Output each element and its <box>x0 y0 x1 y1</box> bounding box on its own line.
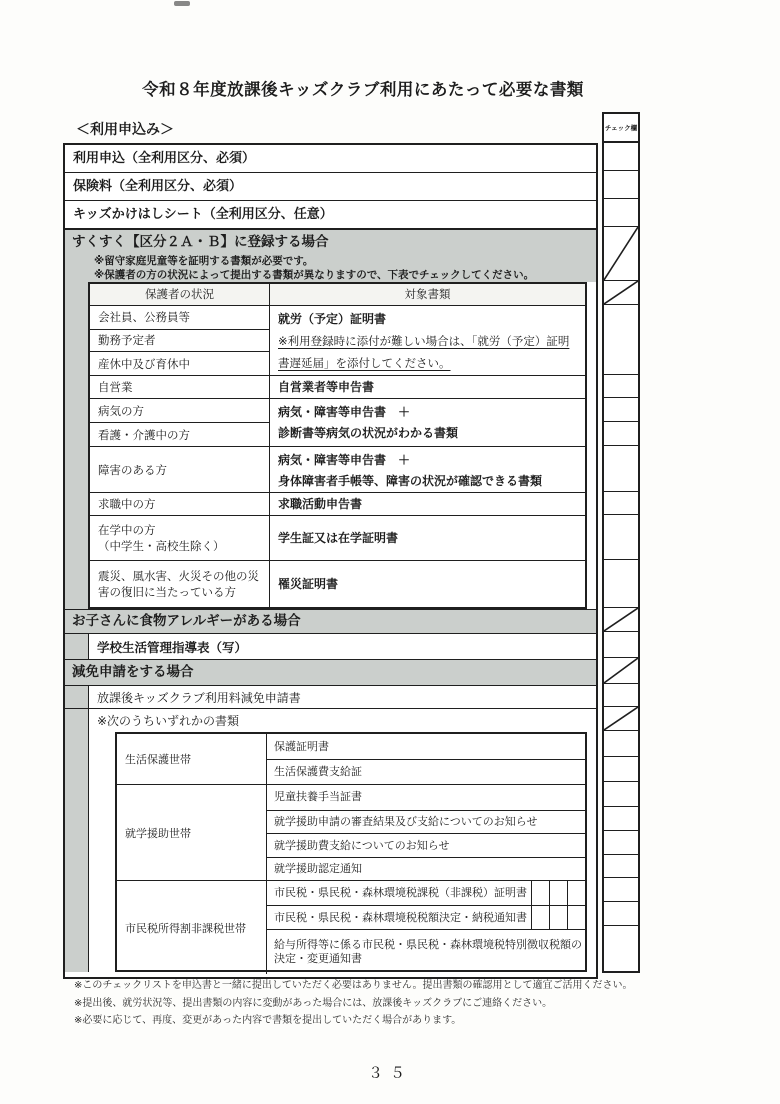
status-cell: 求職中の方 <box>90 493 269 515</box>
check-cell <box>604 492 638 515</box>
document-title: 学生証又は在学証明書 <box>278 528 398 549</box>
document-cell: 求職活動申告書 <box>270 493 585 515</box>
check-cell <box>604 926 638 971</box>
document-cell: 保護証明書 <box>267 734 585 759</box>
table-row: 学校生活管理指導表（写） <box>65 633 596 659</box>
table-row: 放課後キッズクラブ利用料減免申請書 <box>65 685 596 708</box>
check-cell <box>604 757 638 782</box>
document-cell: 就学援助申請の審査結果及び支給についてのお知らせ <box>267 810 585 834</box>
status-cell: 在学中の方 （中学生・高校生除く） <box>90 516 269 560</box>
document-cell: 病気・障害等申告書 ＋ 身体障害者手帳等、障害の状況が確認できる書類 <box>270 447 585 492</box>
check-cell <box>604 446 638 492</box>
household-category: 市民税所得割非課税世帯 <box>117 881 267 974</box>
document-line: 病気・障害等申告書 ＋ <box>278 450 579 471</box>
reduction-table-zone: 生活保護世帯 保護証明書 生活保護費支給証 就学援助世帯 児童扶養手当証書 就学… <box>65 732 596 972</box>
row-label: 保険料（全利用区分、必須） <box>73 179 242 194</box>
document-cell: 市民税・県民税・森林環境税課税（非課税）証明書 <box>267 881 585 905</box>
document-cell: 就学援助認定通知 <box>267 857 585 880</box>
row-label: 学校生活管理指導表（写） <box>88 634 596 659</box>
table-row: キッズかけはしシート（全利用区分、任意） <box>65 201 596 229</box>
section-label: ＜利用申込み＞ <box>76 119 174 139</box>
check-cell <box>604 632 638 658</box>
scanned-document-page: 令和８年度放課後キッズクラブ利用にあたって必要な書類 ＜利用申込み＞ 利用申込（… <box>0 0 780 1104</box>
row-label: 利用申込（全利用区分、必須） <box>73 151 255 166</box>
memo-cell <box>549 881 567 905</box>
document-line: 身体障害者手帳等、障害の状況が確認できる書類 <box>278 471 579 492</box>
status-cell: 震災、風水害、火災その他の災害の復旧に当たっている方 <box>90 561 269 607</box>
status-cell: 会社員、公務員等 <box>90 306 269 329</box>
check-cell <box>604 782 638 807</box>
check-cell <box>604 684 638 707</box>
status-cell: 病気の方 <box>90 399 269 422</box>
scan-artifact <box>174 1 190 6</box>
table-row: 在学中の方 （中学生・高校生除く） 学生証又は在学証明書 <box>90 516 585 561</box>
row-label: キッズかけはしシート（全利用区分、任意） <box>73 207 333 222</box>
memo-cell <box>549 906 567 929</box>
table-row: 市民税所得割非課税世帯 市民税・県民税・森林環境税課税（非課税）証明書 市民税・… <box>117 881 585 974</box>
check-column-header: チェック欄 <box>604 114 638 143</box>
memo-cell <box>531 906 549 929</box>
check-cell <box>604 199 638 227</box>
check-cell <box>604 398 638 422</box>
note-line: ※保護者の方の状況によって提出する書類が異なりますので、下表でチェックしてくださ… <box>94 269 596 283</box>
table-row: 障害のある方 病気・障害等申告書 ＋ 身体障害者手帳等、障害の状況が確認できる書… <box>90 447 585 493</box>
footnote-line: ※提出後、就労状況等、提出書類の内容に変動があった場合には、放課後キッズクラブに… <box>74 995 632 1013</box>
reduction-table: 生活保護世帯 保護証明書 生活保護費支給証 就学援助世帯 児童扶養手当証書 就学… <box>115 732 587 972</box>
note-line: ※留守家庭児童等を証明する書類が必要です。 <box>94 255 596 269</box>
check-cell <box>604 831 638 855</box>
check-cell <box>604 902 638 926</box>
table-row: 震災、風水害、火災その他の災害の復旧に当たっている方 罹災証明書 <box>90 561 585 607</box>
status-cell: 産休中及び育休中 <box>90 351 269 375</box>
slash-icon <box>604 281 638 304</box>
document-cell: 病気・障害等申告書 ＋ 診断書等病気の状況がわかる書類 <box>270 399 585 446</box>
table-row: ※次のうちいずれかの書類 <box>65 708 596 732</box>
section-notes: ※留守家庭児童等を証明する書類が必要です。 ※保護者の方の状況によって提出する書… <box>65 254 596 282</box>
guardian-table-zone: 保護者の状況 対象書類 会社員、公務員等 勤務予定者 産休中及び育休中 就労（予… <box>65 282 596 609</box>
status-cells: 病気の方 看護・介護中の方 <box>90 399 270 446</box>
guardian-table-header: 保護者の状況 対象書類 <box>90 284 585 306</box>
section-header-reduction: 減免申請をする場合 <box>65 659 596 685</box>
document-title: 自営業者等申告書 <box>278 377 374 398</box>
status-cell: 看護・介護中の方 <box>90 422 269 446</box>
check-cell-slashed <box>604 281 638 305</box>
document-cell: 就労（予定）証明書 ※利用登録時に添付が難しい場合は、「就労（予定）証明書遅延届… <box>270 306 585 375</box>
check-cell-slashed <box>604 227 638 281</box>
status-cells: 会社員、公務員等 勤務予定者 産休中及び育休中 <box>90 306 270 375</box>
slash-icon <box>604 707 638 730</box>
household-category: 就学援助世帯 <box>117 785 267 880</box>
document-cell: 児童扶養手当証書 <box>267 785 585 810</box>
gray-indent-strip <box>65 709 88 732</box>
slash-icon <box>604 227 638 280</box>
check-cell <box>604 305 638 375</box>
page-title: 令和８年度放課後キッズクラブ利用にあたって必要な書類 <box>63 76 663 100</box>
document-title: 就労（予定）証明書 <box>278 309 579 330</box>
memo-cell <box>567 906 585 929</box>
gray-indent-strip <box>65 732 88 972</box>
check-cell <box>604 807 638 831</box>
memo-cell <box>531 881 549 905</box>
check-cell <box>604 375 638 398</box>
check-column: チェック欄 <box>602 112 640 973</box>
check-cell <box>604 143 638 171</box>
check-cell <box>604 560 638 608</box>
status-cell: 勤務予定者 <box>90 329 269 352</box>
status-cell: 障害のある方 <box>90 447 269 492</box>
table-row: 生活保護世帯 保護証明書 生活保護費支給証 <box>117 734 585 785</box>
document-title: 求職活動申告書 <box>278 494 362 515</box>
table-row: 利用申込（全利用区分、必須） <box>65 145 596 173</box>
household-category: 生活保護世帯 <box>117 734 267 784</box>
gray-indent-strip <box>65 686 88 708</box>
table-row: 病気の方 看護・介護中の方 病気・障害等申告書 ＋ 診断書等病気の状況がわかる書… <box>90 399 585 447</box>
footnote-line: ※このチェックリストを申込書と一緒に提出していただく必要はありません。提出書類の… <box>74 977 632 995</box>
section-header-allergy: お子さんに食物アレルギーがある場合 <box>65 609 596 633</box>
section-header-sukusuku: すくすく【区分２Ａ・Ｂ】に登録する場合 <box>65 228 596 254</box>
slash-icon <box>604 658 638 683</box>
document-line: 診断書等病気の状況がわかる書類 <box>278 423 579 444</box>
check-cell-slashed <box>604 707 638 731</box>
document-cell: 学生証又は在学証明書 <box>270 516 585 560</box>
document-cell: 就学援助費支給についてのお知らせ <box>267 833 585 857</box>
check-cell <box>604 515 638 560</box>
document-cell: 罹災証明書 <box>270 561 585 607</box>
checklist-table: 利用申込（全利用区分、必須） 保険料（全利用区分、必須） キッズかけはしシート（… <box>63 143 598 979</box>
status-cell: 自営業 <box>90 376 269 398</box>
table-row: 会社員、公務員等 勤務予定者 産休中及び育休中 就労（予定）証明書 ※利用登録時… <box>90 306 585 376</box>
document-cell: 給与所得等に係る市民税・県民税・森林環境税特別徴収税額の決定・変更通知書 <box>267 929 585 974</box>
check-cell <box>604 878 638 902</box>
footnote-line: ※必要に応じて、再度、変更があった内容で書類を提出していただく場合があります。 <box>74 1012 632 1030</box>
col-header-documents: 対象書類 <box>270 284 585 305</box>
document-note: ※利用登録時に添付が難しい場合は、「就労（予定）証明書遅延届」を添付してください… <box>278 330 579 374</box>
white-indent-strip <box>88 732 115 972</box>
gray-indent-strip <box>65 634 88 659</box>
table-row: 求職中の方 求職活動申告書 <box>90 493 585 516</box>
slash-icon <box>604 608 638 631</box>
document-cell: 市民税・県民税・森林環境税税額決定・納税通知書 <box>267 905 585 929</box>
check-cell-slashed <box>604 608 638 632</box>
table-row: 自営業 自営業者等申告書 <box>90 376 585 399</box>
document-line: 病気・障害等申告書 ＋ <box>278 402 579 423</box>
check-cell <box>604 422 638 446</box>
check-cell <box>604 171 638 199</box>
document-cell: 自営業者等申告書 <box>270 376 585 398</box>
page-number: ３５ <box>0 1062 780 1083</box>
document-title: 罹災証明書 <box>278 574 338 595</box>
table-row: 保険料（全利用区分、必須） <box>65 173 596 201</box>
table-row: 就学援助世帯 児童扶養手当証書 就学援助申請の審査結果及び支給についてのお知らせ… <box>117 785 585 881</box>
check-cell-slashed <box>604 658 638 684</box>
document-cell: 生活保護費支給証 <box>267 759 585 784</box>
row-label: 放課後キッズクラブ利用料減免申請書 <box>88 686 596 708</box>
col-header-status: 保護者の状況 <box>90 284 270 305</box>
row-label: ※次のうちいずれかの書類 <box>88 709 596 732</box>
memo-cell <box>567 881 585 905</box>
guardian-status-table: 保護者の状況 対象書類 会社員、公務員等 勤務予定者 産休中及び育休中 就労（予… <box>88 282 587 609</box>
gray-indent-strip <box>65 282 88 609</box>
check-cell <box>604 855 638 878</box>
check-cell <box>604 731 638 757</box>
footnotes: ※このチェックリストを申込書と一緒に提出していただく必要はありません。提出書類の… <box>74 977 632 1030</box>
